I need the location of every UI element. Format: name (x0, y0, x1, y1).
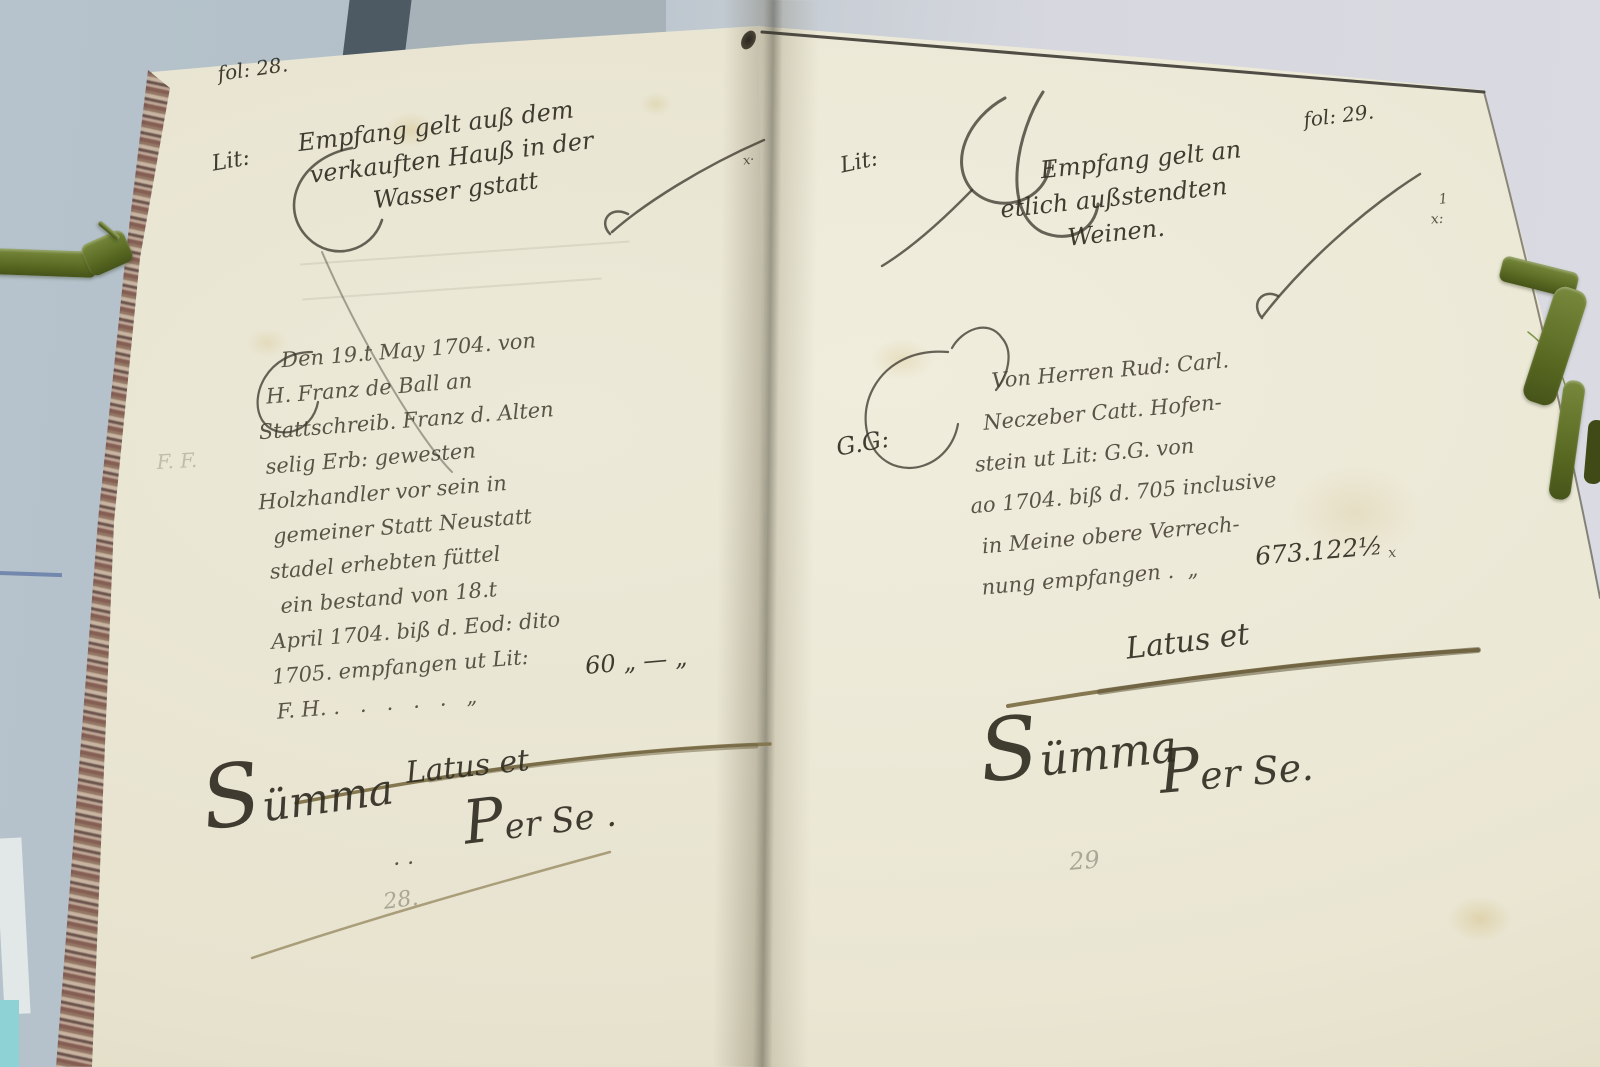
right-column-mark-top: 1 (1438, 191, 1449, 208)
left-margin-faint-note: F. F. (156, 448, 198, 474)
right-fl-slash (1263, 174, 1420, 316)
right-heading-tail (882, 190, 972, 266)
right-body-paragraph: Von Herren Rud: Carl. Neczeber Catt. Hof… (956, 337, 1285, 609)
right-column-mark-bottom: x: (1430, 211, 1444, 228)
left-summa-dots: . . (392, 845, 415, 871)
right-page-top-edge (762, 32, 1484, 92)
left-long-stroke (252, 852, 610, 958)
right-page-number-pencil: 29 (1068, 845, 1101, 876)
left-column-xr-mark: x· (742, 152, 755, 168)
right-fl-slash-loop (1257, 294, 1278, 318)
left-body-paragraph: Den 19.t May 1704. von H. Franz de Ball … (246, 322, 577, 729)
photo-of-manuscript-book: fol: 28. Lit: Empfang gelt auß dem verka… (0, 0, 1600, 1067)
right-amount-suffix: x (1388, 545, 1397, 562)
left-page-number-pencil: 28. (382, 886, 420, 915)
